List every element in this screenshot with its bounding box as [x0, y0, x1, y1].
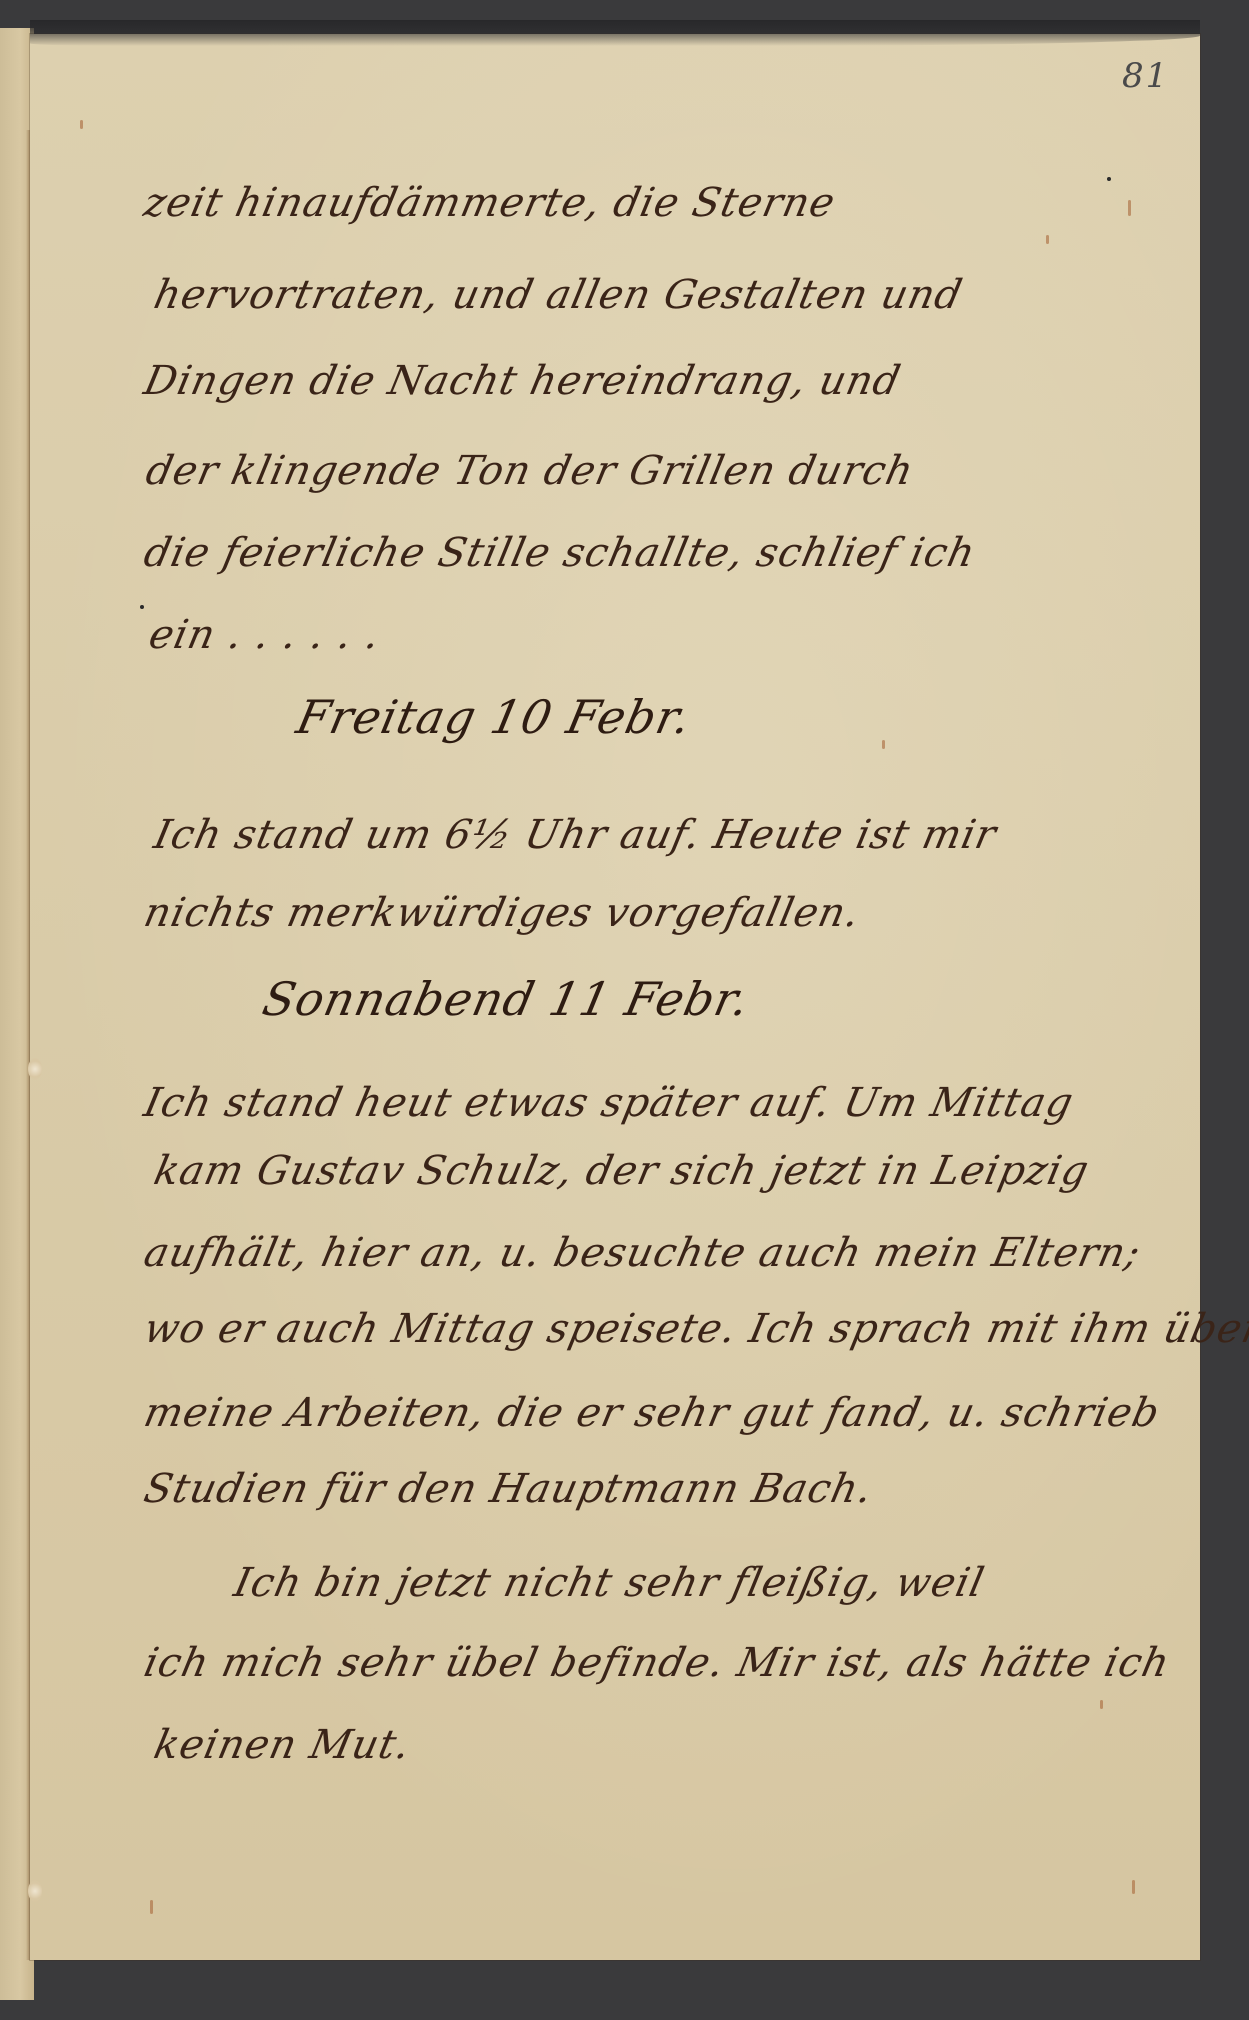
manuscript-viewport: 81 zeit hinaufdämmerte, die Sterne hervo… [0, 0, 1249, 2020]
paper-blemish [1128, 200, 1131, 216]
page-top-shadow [30, 20, 1200, 46]
paper-blemish [80, 120, 83, 129]
manuscript-line: die feierliche Stille schallte, schlief … [140, 530, 980, 576]
manuscript-line: Ich stand heut etwas später auf. Um Mitt… [140, 1080, 1078, 1126]
manuscript-line: Dingen die Nacht hereindrang, und [140, 358, 905, 404]
paper-blemish [1100, 1700, 1103, 1709]
folio-number: 81 [1122, 56, 1169, 96]
paper-blemish [1132, 1880, 1135, 1894]
manuscript-line: der klingende Ton der Grillen durch [142, 448, 918, 494]
paper-blemish [882, 740, 885, 749]
paper-blemish [150, 1900, 153, 1914]
manuscript-line: keinen Mut. [150, 1722, 415, 1768]
diary-date-heading: Sonnabend 11 Febr. [258, 972, 755, 1026]
manuscript-line: hervortraten, und allen Gestalten und [150, 272, 967, 318]
paper-blemish [1046, 235, 1049, 244]
manuscript-line: Ich stand um 6½ Uhr auf. Heute ist mir [150, 812, 1001, 858]
ink-dot [1107, 177, 1111, 181]
ink-dot [140, 605, 144, 609]
manuscript-line: aufhält, hier an, u. besuchte auch mein … [140, 1230, 1145, 1276]
binding-stitch-hole [28, 1058, 42, 1080]
manuscript-line: nichts merkwürdiges vorgefallen. [140, 890, 864, 936]
manuscript-line: zeit hinaufdämmerte, die Sterne [140, 180, 840, 226]
manuscript-line: Ich bin jetzt nicht sehr fleißig, weil [230, 1560, 989, 1606]
manuscript-line: ich mich sehr übel befinde. Mir ist, als… [140, 1640, 1174, 1686]
diary-date-heading: Freitag 10 Febr. [292, 690, 696, 744]
binding-stitch-hole [28, 1880, 42, 1902]
manuscript-line: Studien für den Hauptmann Bach. [140, 1466, 877, 1512]
manuscript-line: kam Gustav Schulz, der sich jetzt in Lei… [150, 1148, 1093, 1194]
manuscript-line: ein . . . . . . [145, 612, 385, 658]
manuscript-line: meine Arbeiten, die er sehr gut fand, u.… [140, 1390, 1164, 1436]
manuscript-line: wo er auch Mittag speisete. Ich sprach m… [140, 1306, 1249, 1352]
